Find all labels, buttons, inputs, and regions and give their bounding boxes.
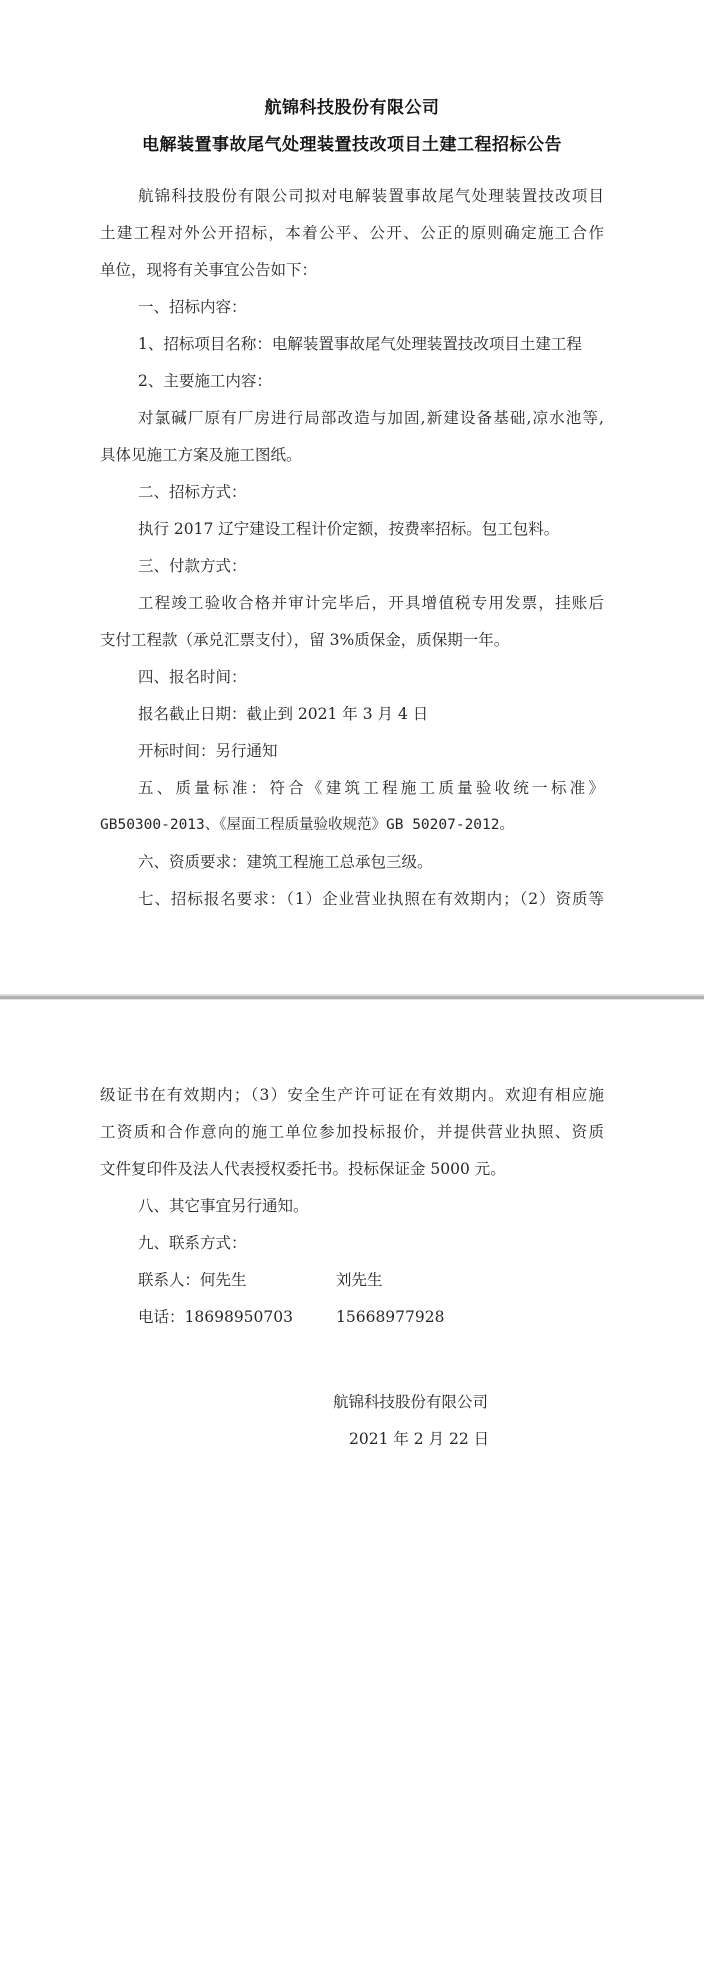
section-3-content-line-2: 支付工程款（承兑汇票支付），留 3%质保金，质保期一年。 [100,630,509,650]
contact-phone-1: 18698950703 [185,1308,293,1326]
contact-phone-row: 电话：18698950703 [138,1307,293,1327]
company-heading: 航锦科技股份有限公司 [0,93,704,118]
document-page-2: 级证书在有效期内；（3）安全生产许可证在有效期内。欢迎有相应施 工资质和合作意向… [0,1000,704,1984]
section-3-content-line-1: 工程竣工验收合格并审计完毕后，开具增值税专用发票，挂账后 [138,593,604,613]
section-7-line-3: 工资质和合作意向的施工单位参加投标报价，并提供营业执照、资质 [100,1122,604,1142]
contact-person-row: 联系人：何先生 [138,1270,247,1290]
document-title: 电解装置事故尾气处理装置技改项目土建工程招标公告 [0,130,704,155]
section-5-line-2: GB50300-2013、《屋面工程质量验收规范》GB 50207-2012。 [100,815,514,835]
section-1-content-line-2: 具体见施工方案及施工图纸。 [100,445,302,465]
contact-label: 联系人： [138,1271,200,1289]
contact-phone-2: 15668977928 [336,1307,444,1327]
section-5-line-1: 五、质量标准：符合《建筑工程施工质量验收统一标准》 [138,778,604,798]
section-2-heading: 二、招标方式： [138,482,247,502]
contact-name-1: 何先生 [200,1271,247,1289]
section-7-line-4: 文件复印件及法人代表授权委托书。投标保证金 5000 元。 [100,1159,506,1179]
section-4-heading: 四、报名时间： [138,667,247,687]
intro-line-2: 土建工程对外公开招标，本着公平、公开、公正的原则确定施工合作 [100,223,604,243]
section-1-item-1: 1、招标项目名称：电解装置事故尾气处理装置技改项目土建工程 [138,334,582,354]
section-3-heading: 三、付款方式： [138,556,247,576]
section-1-heading: 一、招标内容： [138,297,247,317]
section-1-content-line-1: 对氯碱厂原有厂房进行局部改造与加固,新建设备基础,凉水池等, [138,408,604,428]
signature-date: 2021 年 2 月 22 日 [349,1427,489,1449]
signature-company: 航锦科技股份有限公司 [333,1390,488,1412]
section-7-line-1: 七、招标报名要求：（1）企业营业执照在有效期内；（2）资质等 [138,889,604,909]
phone-label: 电话： [138,1308,185,1326]
document-page-1: 航锦科技股份有限公司 电解装置事故尾气处理装置技改项目土建工程招标公告 航锦科技… [0,0,704,996]
section-6-qualification: 六、资质要求：建筑工程施工总承包三级。 [138,852,433,872]
contact-name-2: 刘先生 [336,1270,383,1290]
section-2-content: 执行 2017 辽宁建设工程计价定额，按费率招标。包工包料。 [138,519,559,539]
intro-line-3: 单位，现将有关事宜公告如下： [100,260,317,280]
section-1-item-2: 2、主要施工内容： [138,371,272,391]
section-7-line-2: 级证书在有效期内；（3）安全生产许可证在有效期内。欢迎有相应施 [100,1085,604,1105]
intro-line-1: 航锦科技股份有限公司拟对电解装置事故尾气处理装置技改项目 [138,186,604,206]
registration-deadline: 报名截止日期：截止到 2021 年 3 月 4 日 [138,704,428,724]
section-9-heading: 九、联系方式： [138,1233,247,1253]
bid-opening-time: 开标时间：另行通知 [138,741,278,761]
section-8: 八、其它事宜另行通知。 [138,1196,309,1216]
